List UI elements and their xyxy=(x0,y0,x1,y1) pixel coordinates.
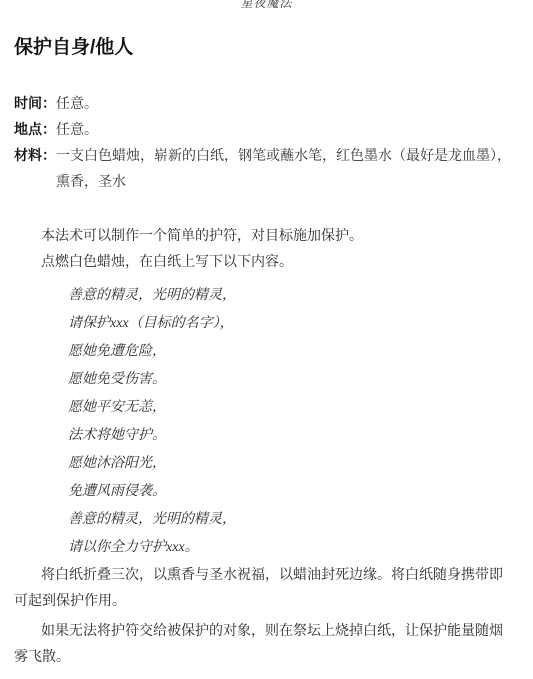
verse-line: 法术将她守护。 xyxy=(14,422,519,450)
verse-line: 免遭风雨侵袭。 xyxy=(14,478,519,506)
meta-label-place: 地点： xyxy=(14,123,56,138)
intro-section: 本法术可以制作一个简单的护符，对目标施加保护。 点燃白色蜡烛，在白纸上写下以下内… xyxy=(14,224,519,276)
meta-line-place: 地点：任意。 xyxy=(14,118,519,144)
verse-line: 善意的精灵，光明的精灵， xyxy=(14,282,519,310)
meta-section: 时间：任意。 地点：任意。 材料：一支白色蜡烛，崭新的白纸，钢笔或蘸水笔，红色墨… xyxy=(14,92,519,196)
meta-value-materials: 一支白色蜡烛，崭新的白纸，钢笔或蘸水笔，红色墨水（最好是龙血墨）， 熏香，圣水 xyxy=(56,149,511,190)
verse-line: 愿她免受伤害。 xyxy=(14,366,519,394)
outro-paragraph: 如果无法将护符交给被保护的对象，则在祭坛上烧掉白纸，让保护能量随烟 雾飞散。 xyxy=(14,619,519,671)
verse-line: 请以你全力守护xxx。 xyxy=(14,534,519,562)
meta-label-materials: 材料： xyxy=(14,149,56,164)
verse-line: 愿她平安无恙， xyxy=(14,394,519,422)
verse-line: 愿她免遭危险， xyxy=(14,338,519,366)
verse-line: 善意的精灵，光明的精灵， xyxy=(14,506,519,534)
running-header-text: 星夜魔法 xyxy=(14,0,519,8)
meta-line-materials: 材料：一支白色蜡烛，崭新的白纸，钢笔或蘸水笔，红色墨水（最好是龙血墨）， 熏香，… xyxy=(56,144,519,196)
page-title: 保护自身/他人 xyxy=(14,36,519,60)
outro-paragraph: 将白纸折叠三次，以熏香与圣水祝福，以蜡油封死边缘。将白纸随身携带即 可起到保护作… xyxy=(14,563,519,615)
verse-line: 请保护xxx（目标的名字）， xyxy=(14,310,519,338)
intro-paragraph: 本法术可以制作一个简单的护符，对目标施加保护。 xyxy=(14,224,519,250)
verse-line: 愿她沐浴阳光， xyxy=(14,450,519,478)
document-page: 星夜魔法 保护自身/他人 时间：任意。 地点：任意。 材料：一支白色蜡烛，崭新的… xyxy=(0,0,533,679)
meta-value-place: 任意。 xyxy=(56,123,98,138)
meta-value-time: 任意。 xyxy=(56,97,98,112)
meta-line-time: 时间：任意。 xyxy=(14,92,519,118)
meta-label-time: 时间： xyxy=(14,97,56,112)
running-header: 星夜魔法 xyxy=(14,0,519,8)
verse-block: 善意的精灵，光明的精灵， 请保护xxx（目标的名字）， 愿她免遭危险， 愿她免受… xyxy=(14,282,519,562)
intro-paragraph: 点燃白色蜡烛，在白纸上写下以下内容。 xyxy=(14,250,519,276)
